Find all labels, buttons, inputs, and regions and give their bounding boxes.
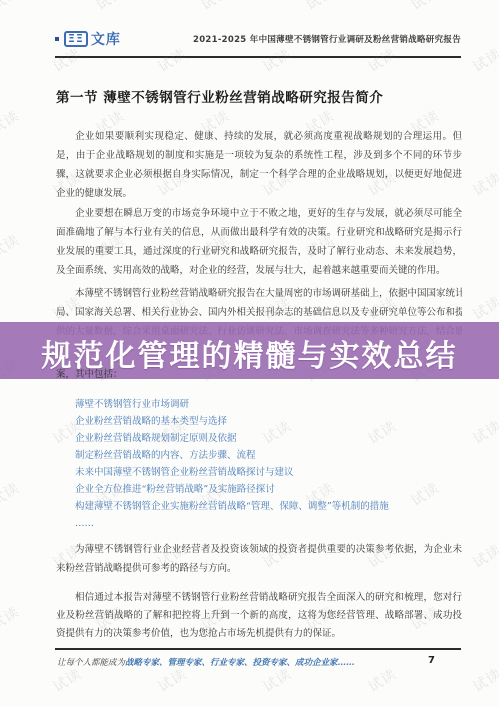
paragraph-3-line-2: 局、国家海关总署、相关行业协会、国内外相关报刊杂志的基础信息以及专业研究单位等公… [56,303,462,322]
list-item: 企业全方位推进“粉丝营销战略”及实施路径探讨 [75,481,465,498]
watermark-text: 试读 [469,292,499,325]
logo-dot-icon [55,37,59,41]
watermark-text: 试读 [469,168,499,201]
watermark-text: 试读 [0,230,23,263]
footer-slogan-highlight: 战略专家、管理专家、行业专家、投资专家、成功企业家…… [125,658,355,668]
section-heading: 第一节 薄壁不锈钢管行业粉丝营销战略研究报告简介 [56,86,462,106]
list-item: 构建薄壁不锈钢管企业实施粉丝营销战略“管理、保障、调整”等机制的措施 [75,498,465,515]
report-contents-list: 薄壁不锈钢管行业市场调研 企业粉丝营销战略的基本类型与选择 企业粉丝营销战略规划… [75,396,465,532]
watermark-text: 试读 [469,540,499,573]
watermark-text: 试读 [364,664,400,697]
watermark-text: 试读 [302,0,338,14]
footer-slogan: 让每个人都能成为战略专家、管理专家、行业专家、投资专家、成功企业家…… [57,656,461,668]
watermark-text: 试读 [407,0,443,14]
footer-slogan-prefix: 让每个人都能成为 [57,658,125,668]
watermark-text: 试读 [259,664,295,697]
page-header: ΞΞ 文库 2021-2025 年中国薄壁不锈钢管行业调研及粉丝营销战略研究报告 [55,26,461,58]
list-item: 未来中国薄壁不锈钢管企业粉丝营销战略探讨与建议 [75,464,465,481]
watermark-text: 试读 [469,44,499,77]
report-title: 2021-2025 年中国薄壁不锈钢管行业调研及粉丝营销战略研究报告 [193,33,461,45]
list-item: 企业粉丝营销战略规划制定原则及依据 [75,430,465,447]
logo-text: 文库 [91,29,121,49]
watermark-text: 试读 [92,0,128,14]
footer-divider [55,648,461,650]
list-item: 企业粉丝营销战略的基本类型与选择 [75,413,465,430]
watermark-text: 试读 [49,664,85,697]
page-number: 7 [428,655,435,666]
paragraph-5: 相信通过本报告对薄壁不锈钢管行业粉丝营销战略研究报告全面深入的研究和梳理，您对行… [56,589,462,643]
list-item: 薄壁不锈钢管行业市场调研 [75,396,465,413]
watermark-text: 试读 [154,664,190,697]
watermark-text: 试读 [469,416,499,449]
promo-banner-title: 规范化管理的精髓与实效总结 [0,331,499,375]
document-page: ΞΞ 文库 2021-2025 年中国薄壁不锈钢管行业调研及粉丝营销战略研究报告… [0,0,499,706]
watermark-text: 试读 [197,0,233,14]
paragraph-3-line-1: 本薄壁不锈钢管行业粉丝营销战略研究报告在大量周密的市场调研基础上，依据中国国家统… [56,284,462,303]
watermark-text: 试读 [0,478,23,511]
paragraph-1: 企业如果要顺利实现稳定、健康、持续的发展，就必须高度重视战略规划的合理运用。但是… [56,127,462,203]
logo-mark-icon: ΞΞ [64,31,88,47]
watermark-text: 试读 [0,106,23,139]
brand-logo: ΞΞ 文库 [55,29,121,49]
list-item: …… [75,515,465,532]
watermark-text: 试读 [0,0,23,14]
paragraph-4: 为薄壁不锈钢管行业企业经营者及投资该领域的投资者提供重要的决策参考依据，为企业未… [56,540,462,578]
watermark-text: 试读 [469,664,499,697]
list-item: 制定粉丝营销战略的内容、方法步骤、流程 [75,447,465,464]
watermark-text: 试读 [0,602,23,635]
paragraph-2: 企业要想在瞬息万变的市场竞争环境中立于不败之地，更好的生存与发展，就必须尽可能全… [56,204,462,280]
